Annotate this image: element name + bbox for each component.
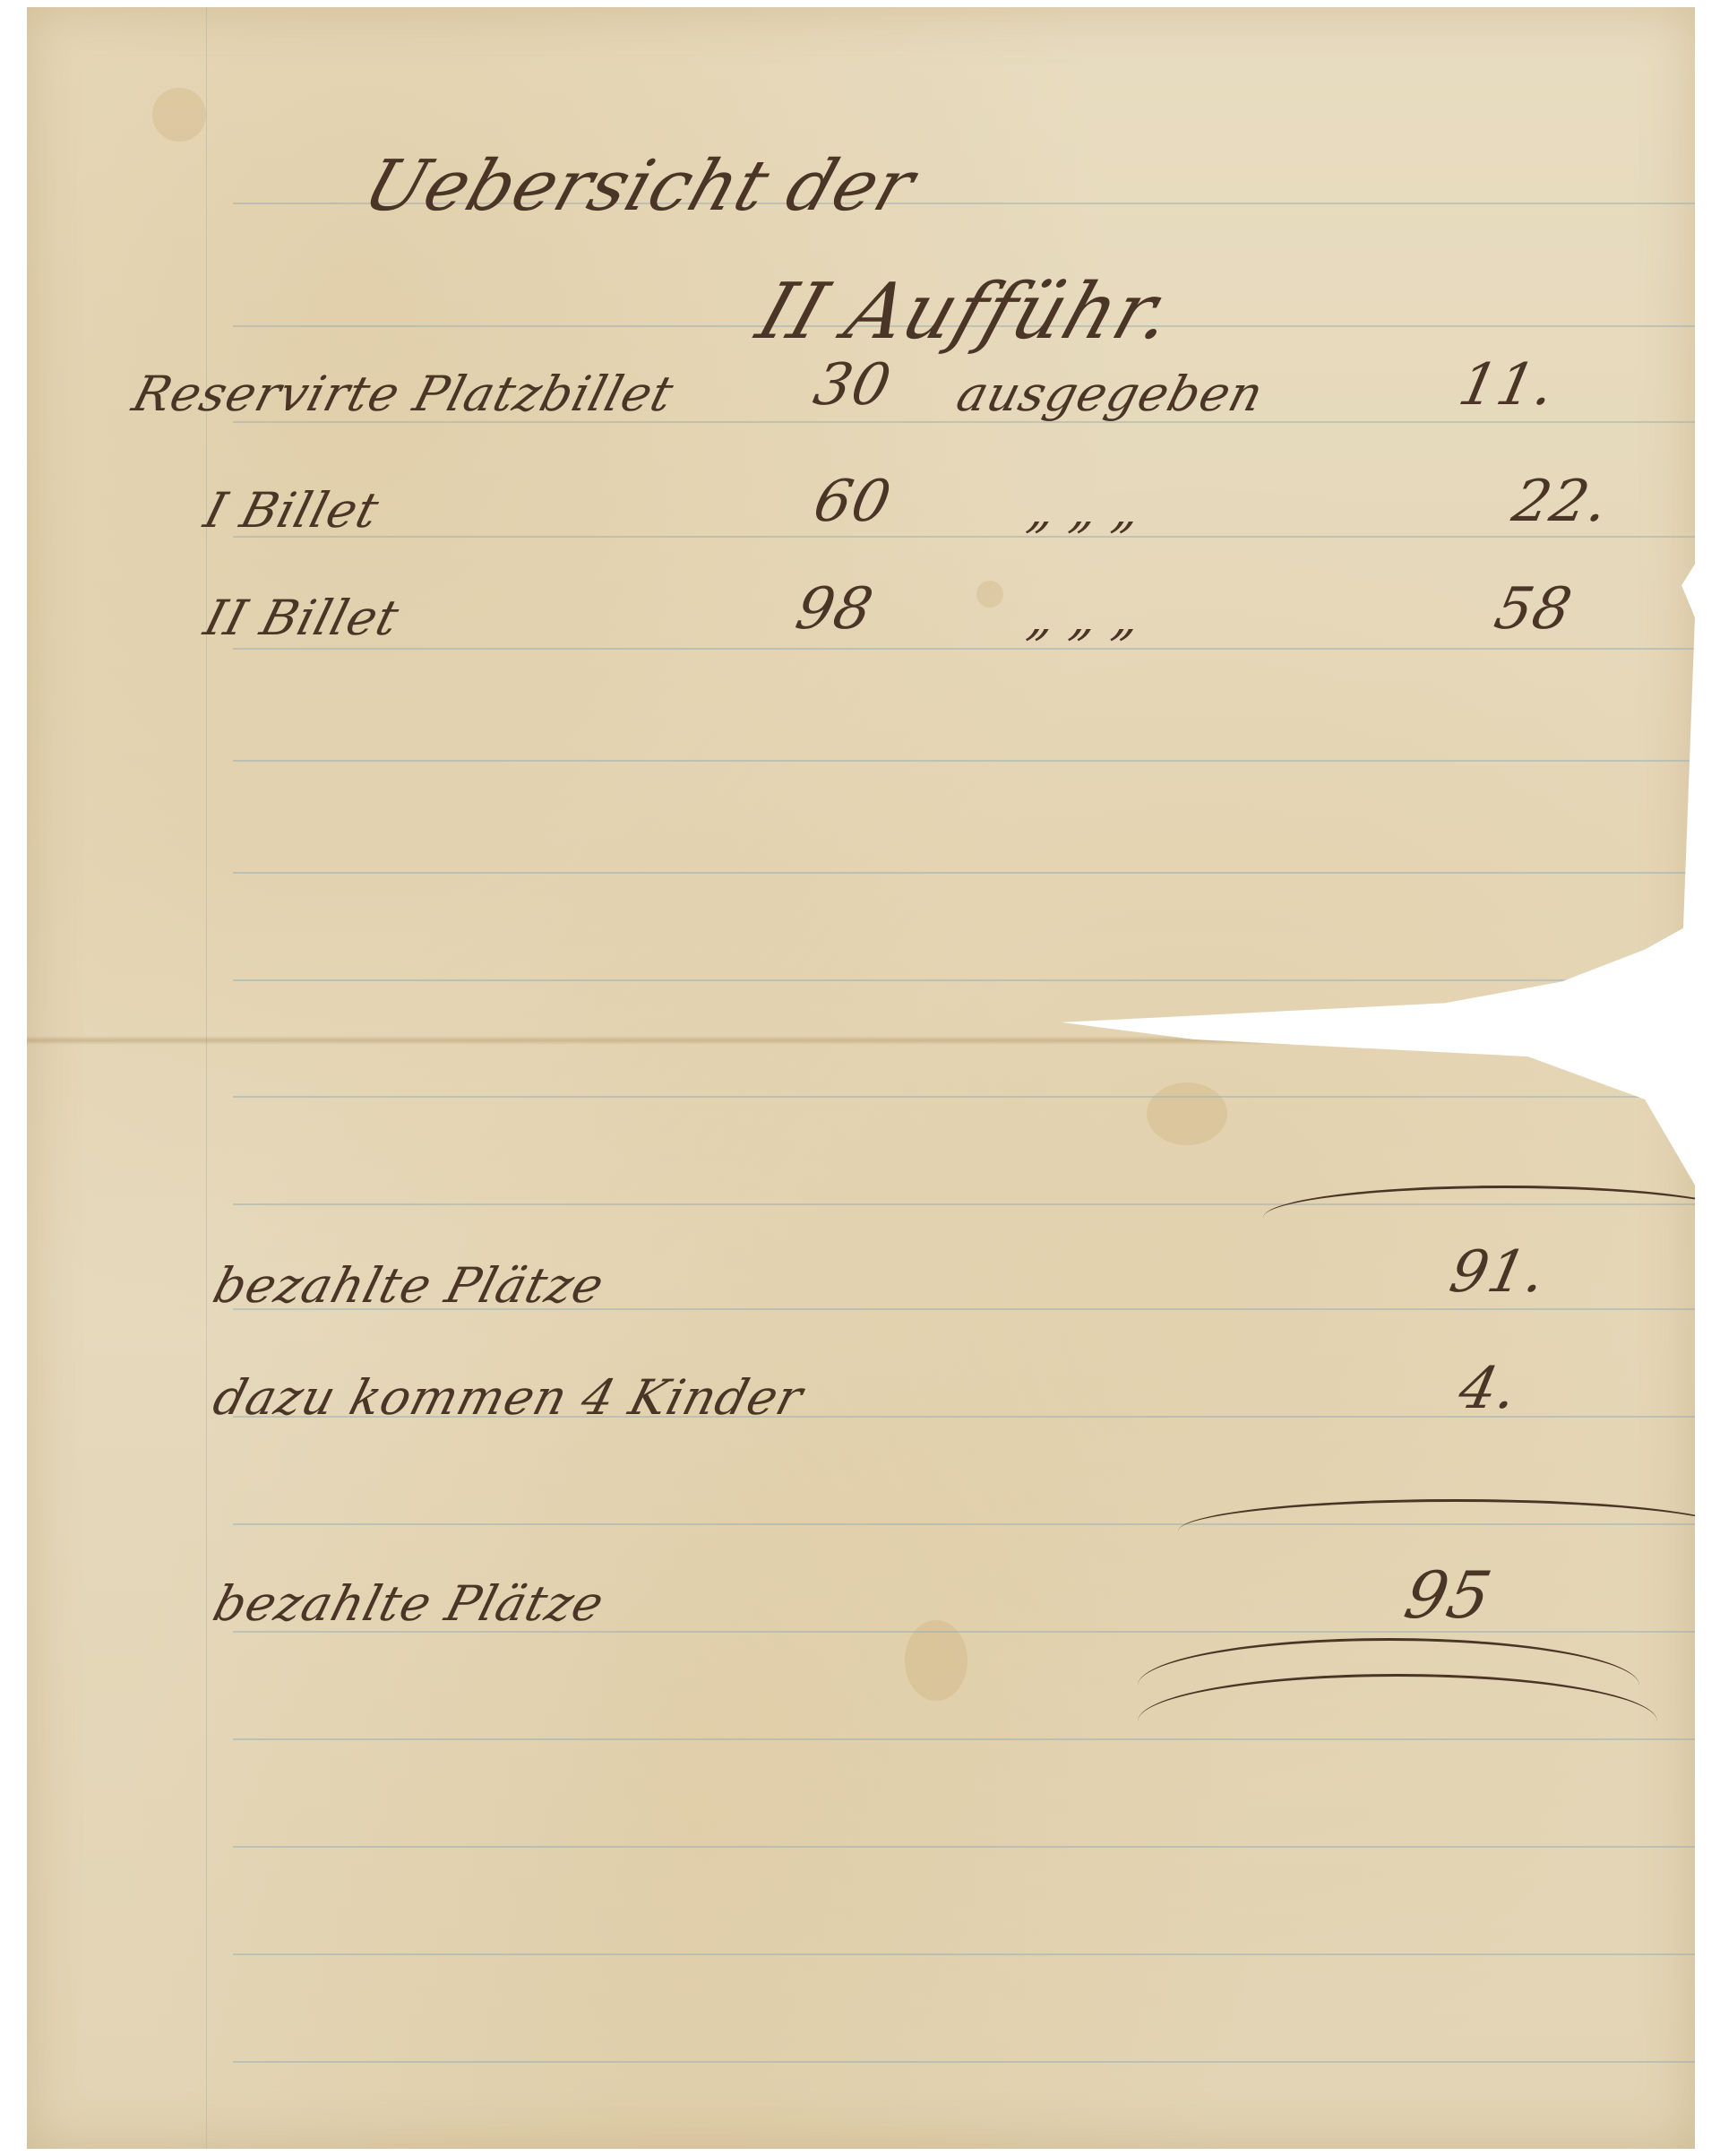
children-label: dazu kommen 4 Kinder xyxy=(208,1369,810,1426)
ruled-line xyxy=(233,1953,1695,1955)
paper-sheet: Uebersicht der II Aufführ. Reservirte Pl… xyxy=(27,7,1695,2149)
row-ausgegeben: ausgegeben xyxy=(951,366,1270,422)
row-sold: 22. xyxy=(1507,469,1615,535)
margin-line xyxy=(206,7,207,2149)
row-label: I Billet xyxy=(199,482,386,539)
ruled-line xyxy=(233,536,1695,538)
sum-flourish-line xyxy=(1263,1186,1720,1224)
ruled-line xyxy=(233,872,1695,874)
fold-crease xyxy=(27,1036,1695,1045)
ruled-line xyxy=(233,1846,1695,1848)
ruled-line xyxy=(233,979,1695,981)
ruled-line xyxy=(233,648,1695,650)
stain xyxy=(976,581,1003,608)
stain xyxy=(1147,1082,1227,1145)
row-issued: 60 xyxy=(808,469,897,535)
sum-flourish-line xyxy=(1178,1499,1720,1538)
row-issued: 98 xyxy=(790,576,879,642)
row-sold: 58 xyxy=(1489,576,1578,642)
total-value: 95 xyxy=(1398,1557,1498,1633)
row-label: II Billet xyxy=(199,590,406,646)
ruled-line xyxy=(233,2061,1695,2063)
row-sold: 11. xyxy=(1453,352,1561,418)
ruled-line xyxy=(233,760,1695,762)
row-label: Reservirte Platzbillet xyxy=(127,366,680,422)
subtotal-value: 91. xyxy=(1444,1239,1552,1306)
subtotal-label: bezahlte Plätze xyxy=(208,1257,611,1314)
heading-line-2: II Aufführ. xyxy=(747,267,1186,357)
ruled-line xyxy=(233,1738,1695,1740)
row-ditto: „ „ „ xyxy=(1023,482,1148,539)
ruled-line xyxy=(233,1096,1695,1098)
total-label: bezahlte Plätze xyxy=(208,1575,611,1632)
children-value: 4. xyxy=(1453,1356,1524,1422)
stain xyxy=(152,88,206,142)
row-ditto: „ „ „ xyxy=(1023,590,1148,646)
heading-line-1: Uebersicht der xyxy=(354,146,924,227)
row-issued: 30 xyxy=(808,352,897,418)
